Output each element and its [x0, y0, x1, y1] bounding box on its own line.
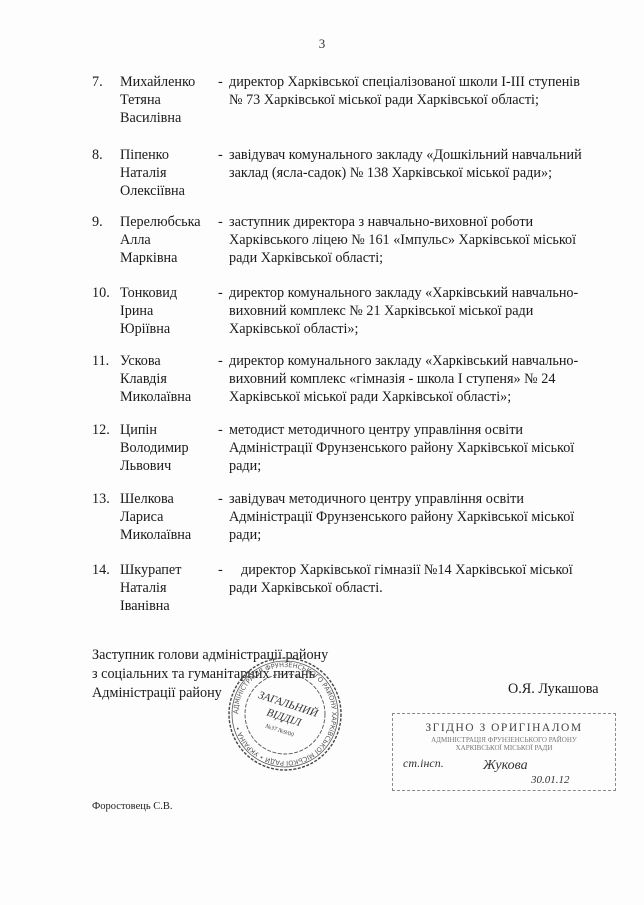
person-role-line: Адміністрації Фрунзенського району Харкі…: [229, 508, 614, 526]
person-name-line: Наталія: [120, 164, 220, 182]
document-page: 3 7.МихайленкоТетянаВасилівна-директор Х…: [0, 0, 644, 905]
stamp-line: АДМІНІСТРАЦІЯ ФРУНЗЕНСЬКОГО РАЙОНУ: [393, 736, 615, 744]
person-name-line: Марківна: [120, 249, 220, 267]
person-name-line: Миколаївна: [120, 388, 220, 406]
person-name-line: Шелкова: [120, 490, 220, 508]
person-name-line: Клавдія: [120, 370, 220, 388]
person-role-line: ради Харківської області.: [229, 579, 614, 597]
item-number: 10.: [92, 284, 118, 302]
person-name-line: Володимир: [120, 439, 220, 457]
person-name: ШкурапетНаталіяІванівна: [120, 561, 220, 615]
person-name-line: Ципін: [120, 421, 220, 439]
person-role: завідувач методичного центру управління …: [229, 490, 614, 544]
separator-dash: -: [218, 421, 223, 439]
person-role: заступник директора з навчально-виховної…: [229, 213, 614, 267]
item-number: 9.: [92, 213, 118, 231]
person-name-line: Львович: [120, 457, 220, 475]
person-name: УсковаКлавдіяМиколаївна: [120, 352, 220, 406]
stamp-title: ЗГІДНО З ОРИГІНАЛОМ: [393, 722, 615, 734]
person-name-line: Ірина: [120, 302, 220, 320]
person-role-line: завідувач методичного центру управління …: [229, 490, 614, 508]
signer-name: О.Я. Лукашова: [508, 681, 599, 698]
person-role-line: ради;: [229, 457, 614, 475]
person-name-line: Алла: [120, 231, 220, 249]
separator-dash: -: [218, 146, 223, 164]
person-role-line: Адміністрації Фрунзенського району Харкі…: [229, 439, 614, 457]
item-number: 11.: [92, 352, 118, 370]
stamp-line: ХАРКІВСЬКОЇ МІСЬКОЇ РАДИ: [393, 744, 615, 752]
person-name: ШелковаЛарисаМиколаївна: [120, 490, 220, 544]
separator-dash: -: [218, 561, 223, 579]
person-role-line: заклад (ясла-садок) № 138 Харківської мі…: [229, 164, 614, 182]
item-number: 14.: [92, 561, 118, 579]
person-role: директор Харківської спеціалізованої шко…: [229, 73, 614, 109]
person-role-line: директор комунального закладу «Харківськ…: [229, 284, 614, 302]
person-name: ЦипінВолодимирЛьвович: [120, 421, 220, 475]
person-name-line: Перелюбська: [120, 213, 220, 231]
separator-dash: -: [218, 490, 223, 508]
person-role-line: виховний комплекс № 21 Харківської міськ…: [229, 302, 614, 320]
page-number: 3: [0, 36, 644, 52]
separator-dash: -: [218, 284, 223, 302]
person-role-line: виховний комплекс «гімназія - школа І ст…: [229, 370, 614, 388]
item-number: 13.: [92, 490, 118, 508]
executor-name: Форостовець С.В.: [92, 801, 173, 812]
separator-dash: -: [218, 213, 223, 231]
person-name-line: Олексіївна: [120, 182, 220, 200]
person-role-line: Харківської міської ради Харківської обл…: [229, 388, 614, 406]
person-role: завідувач комунального закладу «Дошкільн…: [229, 146, 614, 182]
certified-copy-stamp: ЗГІДНО З ОРИГІНАЛОМ АДМІНІСТРАЦІЯ ФРУНЗЕ…: [392, 713, 616, 791]
person-role-line: Харківської області»;: [229, 320, 614, 338]
stamp-handwritten-position: ст.інсп.: [403, 756, 444, 771]
person-role: директор комунального закладу «Харківськ…: [229, 284, 614, 338]
round-stamp-icon: АДМІНІСТРАЦІЯ ФРУНЗЕНСЬКОГО РАЙОНУ ХАРКІ…: [226, 655, 344, 773]
person-role-line: завідувач комунального закладу «Дошкільн…: [229, 146, 614, 164]
person-name-line: Михайленко: [120, 73, 220, 91]
item-number: 7.: [92, 73, 118, 91]
person-name-line: Миколаївна: [120, 526, 220, 544]
person-role-line: № 73 Харківської міської ради Харківсько…: [229, 91, 614, 109]
person-name: ПерелюбськаАллаМарківна: [120, 213, 220, 267]
person-role-line: Харківського ліцею № 161 «Імпульс» Харкі…: [229, 231, 614, 249]
person-role: директор Харківської гімназії №14 Харків…: [229, 561, 614, 597]
person-role: директор комунального закладу «Харківськ…: [229, 352, 614, 406]
person-name: ПіпенкоНаталіяОлексіївна: [120, 146, 220, 200]
stamp-handwritten-date: 30.01.12: [531, 774, 570, 786]
person-name-line: Наталія: [120, 579, 220, 597]
person-name: МихайленкоТетянаВасилівна: [120, 73, 220, 127]
stamp-handwritten-signature: Жукова: [483, 758, 528, 774]
person-role-line: директор комунального закладу «Харківськ…: [229, 352, 614, 370]
person-name-line: Лариса: [120, 508, 220, 526]
person-role-line: методист методичного центру управління о…: [229, 421, 614, 439]
person-name: ТонковидІринаЮріївна: [120, 284, 220, 338]
item-number: 12.: [92, 421, 118, 439]
person-role: методист методичного центру управління о…: [229, 421, 614, 475]
person-role-line: ради;: [229, 526, 614, 544]
separator-dash: -: [218, 352, 223, 370]
person-name-line: Василівна: [120, 109, 220, 127]
person-name-line: Шкурапет: [120, 561, 220, 579]
person-role-line: директор Харківської гімназії №14 Харків…: [229, 561, 614, 579]
person-name-line: Юріївна: [120, 320, 220, 338]
person-role-line: директор Харківської спеціалізованої шко…: [229, 73, 614, 91]
person-name-line: Тетяна: [120, 91, 220, 109]
person-name-line: Ускова: [120, 352, 220, 370]
person-name-line: Іванівна: [120, 597, 220, 615]
item-number: 8.: [92, 146, 118, 164]
person-role-line: ради Харківської області;: [229, 249, 614, 267]
person-role-line: заступник директора з навчально-виховної…: [229, 213, 614, 231]
person-name-line: Піпенко: [120, 146, 220, 164]
person-name-line: Тонковид: [120, 284, 220, 302]
separator-dash: -: [218, 73, 223, 91]
